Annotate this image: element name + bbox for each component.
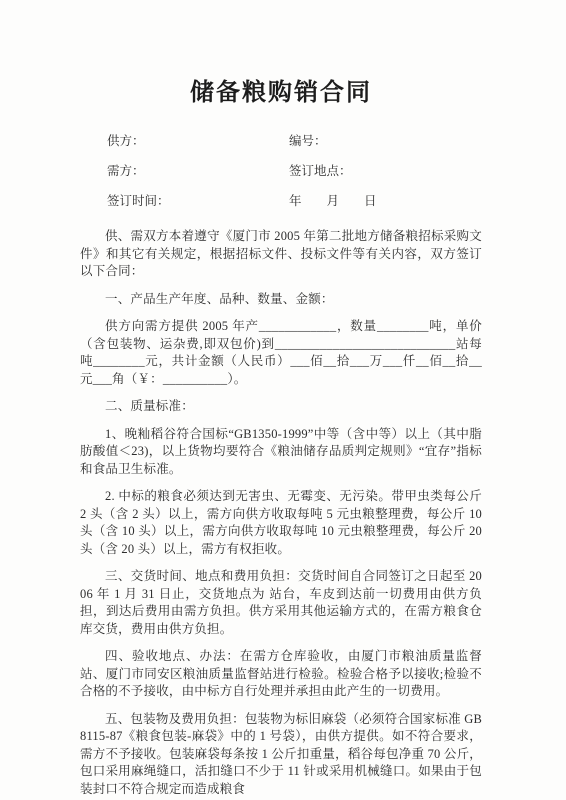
- year-month-day-label: 年 月 日: [289, 186, 377, 216]
- paragraph-section-4-inspection: 四、验收地点、办法：在需方仓库验收，由厦门市粮油质量监督站、厦门市同安区粮油质量…: [80, 648, 482, 701]
- paragraph-section-2-title: 二、质量标准：: [80, 398, 482, 416]
- supplier-label: 供方：: [107, 126, 145, 156]
- document-title: 储备粮购销合同: [80, 0, 482, 110]
- contract-number-label: 编号：: [289, 126, 327, 156]
- signing-place-label: 签订地点：: [289, 156, 352, 186]
- header-fields: 供方： 编号： 需方： 签订地点： 签订时间： 年 月 日: [80, 126, 482, 216]
- paragraph-section-1-title: 一、产品生产年度、品种、数量、金额：: [80, 291, 482, 309]
- signing-time-label: 签订时间：: [107, 186, 170, 216]
- header-row-buyer: 需方： 签订地点：: [80, 156, 482, 186]
- contract-body: 供、需双方本着遵守《厦门市 2005 年第二批地方储备粮招标采购文件》和其它有关…: [80, 228, 482, 798]
- paragraph-preamble: 供、需双方本着遵守《厦门市 2005 年第二批地方储备粮招标采购文件》和其它有关…: [80, 228, 482, 281]
- buyer-label: 需方：: [107, 156, 145, 186]
- paragraph-section-5-packaging: 五、包装物及费用负担：包装物为标旧麻袋（必须符合国家标准 GB8115-87《粮…: [80, 711, 482, 799]
- paragraph-quality-item-2: 2. 中标的粮食必须达到无害虫、无霉变、无污染。带甲虫类每公斤 2 头（含 2 …: [80, 488, 482, 558]
- paragraph-product-quantity-amount: 供方向需方提供 2005 年产____________，数量________吨，…: [80, 318, 482, 388]
- header-row-signing-time: 签订时间： 年 月 日: [80, 186, 482, 216]
- paragraph-quality-item-1: 1、晚籼稻谷符合国标“GB1350-1999”中等（含中等）以上（其中脂肪酸值＜…: [80, 426, 482, 479]
- contract-document-page: 储备粮购销合同 供方： 编号： 需方： 签订地点： 签订时间： 年 月 日 供、…: [0, 0, 566, 800]
- paragraph-section-3-delivery: 三、交货时间、地点和费用负担：交货时间自合同签订之日起至 2006 年 1 月 …: [80, 568, 482, 638]
- header-row-supplier: 供方： 编号：: [80, 126, 482, 156]
